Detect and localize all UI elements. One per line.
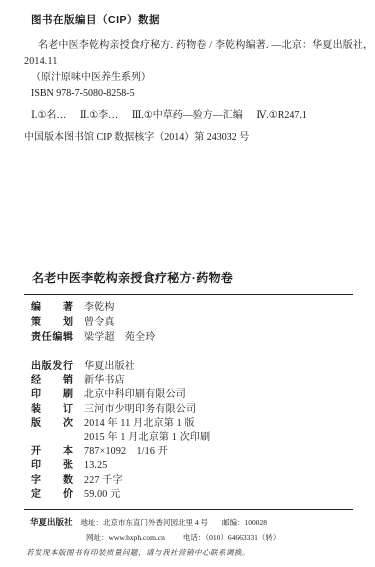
- publisher-phone: 电话：（010）64663331（转）: [183, 530, 281, 545]
- publisher-name: 华夏出版社: [30, 515, 73, 530]
- credit-row: 责任编辑 梁学超 苑全玲: [24, 330, 355, 345]
- publication-value: 北京中科印刷有限公司: [84, 388, 186, 402]
- cip-header: 图书在版编目（CIP）数据: [31, 12, 355, 27]
- cip-description-line1: 名老中医李乾构亲授食疗秘方. 药物卷 / 李乾构编著. —北京：华夏出版社，: [24, 38, 355, 54]
- publication-value: 59.00 元: [84, 488, 120, 502]
- publication-label: 开本: [31, 445, 73, 459]
- publication-row: 字数 227 千字: [24, 474, 355, 488]
- divider-above-footer: [24, 509, 353, 510]
- cip-class-item: Ⅰ.①名…: [31, 110, 66, 121]
- copyright-page: 图书在版编目（CIP）数据 名老中医李乾构亲授食疗秘方. 药物卷 / 李乾构编著…: [0, 0, 375, 567]
- publication-row: 印张 13.25: [24, 459, 355, 473]
- publication-row: 2015 年 1 月北京第 1 次印刷: [24, 431, 355, 445]
- publication-label: 装订: [31, 403, 73, 417]
- publication-label: 出版发行: [31, 360, 73, 374]
- publication-value: 227 千字: [84, 474, 123, 488]
- publication-label: 经销: [31, 374, 73, 388]
- cip-classification: Ⅰ.①名… Ⅱ.①李… Ⅲ.①中草药—验方—汇编 Ⅳ.①R247.1: [24, 108, 355, 124]
- footer-line-address: 华夏出版社 地址：北京市东直门外香河园北里 4 号 邮编：100028: [24, 515, 355, 530]
- book-title: 名老中医李乾构亲授食疗秘方·药物卷: [32, 269, 355, 286]
- publication-value: 新华书店: [84, 374, 125, 388]
- credits-list: 编著 李乾构 策划 曾令真 责任编辑 梁学超 苑全玲: [24, 300, 355, 345]
- publication-value: 华夏出版社: [84, 360, 135, 374]
- publication-value: 13.25: [84, 459, 108, 473]
- cip-description-line2: 2014.11: [24, 54, 355, 70]
- cip-class-item: Ⅲ.①中草药—验方—汇编: [132, 110, 243, 121]
- publication-list: 出版发行 华夏出版社 经销 新华书店 印刷 北京中科印刷有限公司 装订 三河市少…: [24, 360, 355, 502]
- publisher-postcode: 邮编：100028: [222, 515, 267, 530]
- publication-row: 印刷 北京中科印刷有限公司: [24, 388, 355, 402]
- publication-row: 开本 787×1092 1/16 开: [24, 445, 355, 459]
- publication-label: 字数: [31, 474, 73, 488]
- credit-label: 编著: [31, 300, 73, 315]
- publication-label: 版次: [31, 417, 73, 431]
- divider-under-title: [24, 294, 353, 295]
- credit-value: 李乾构: [84, 300, 115, 315]
- publication-value: 2014 年 11 月北京第 1 版: [84, 417, 195, 431]
- cip-class-item: Ⅱ.①李…: [80, 110, 118, 121]
- publication-row: 装订 三河市少明印务有限公司: [24, 403, 355, 417]
- publisher-address: 地址：北京市东直门外香河园北里 4 号: [81, 515, 209, 530]
- cip-isbn: ISBN 978-7-5080-8258-5: [24, 86, 355, 102]
- publication-row: 定价 59.00 元: [24, 488, 355, 502]
- cip-class-item: Ⅳ.①R247.1: [256, 110, 307, 121]
- quality-note: 若发现本版图书有印装质量问题，请与我社营销中心联系调换。: [26, 545, 355, 560]
- credit-value: 梁学超 苑全玲: [84, 330, 155, 345]
- publication-label: 印刷: [31, 388, 73, 402]
- publication-label: [31, 431, 73, 445]
- publication-row: 出版发行 华夏出版社: [24, 360, 355, 374]
- footer-line-contact: 网址：www.hxph.com.cn 电话：（010）64663331（转）: [24, 530, 355, 545]
- credit-row: 策划 曾令真: [24, 315, 355, 330]
- publication-value: 三河市少明印务有限公司: [84, 403, 196, 417]
- publication-label: 印张: [31, 459, 73, 473]
- publication-label: 定价: [31, 488, 73, 502]
- cip-series: （原汁原味中医养生系列）: [24, 70, 355, 86]
- publisher-footer: 华夏出版社 地址：北京市东直门外香河园北里 4 号 邮编：100028 网址：w…: [24, 515, 355, 560]
- publication-value: 2015 年 1 月北京第 1 次印刷: [84, 431, 210, 445]
- credit-value: 曾令真: [84, 315, 115, 330]
- credit-row: 编著 李乾构: [24, 300, 355, 315]
- publisher-website: 网址：www.hxph.com.cn: [86, 530, 165, 545]
- cip-registry: 中国版本图书馆 CIP 数据核字（2014）第 243032 号: [24, 130, 355, 146]
- publication-row: 经销 新华书店: [24, 374, 355, 388]
- publication-value: 787×1092 1/16 开: [84, 445, 168, 459]
- credit-label: 责任编辑: [31, 330, 73, 345]
- cip-block: 图书在版编目（CIP）数据 名老中医李乾构亲授食疗秘方. 药物卷 / 李乾构编著…: [24, 12, 355, 146]
- publication-row: 版次 2014 年 11 月北京第 1 版: [24, 417, 355, 431]
- credit-label: 策划: [31, 315, 73, 330]
